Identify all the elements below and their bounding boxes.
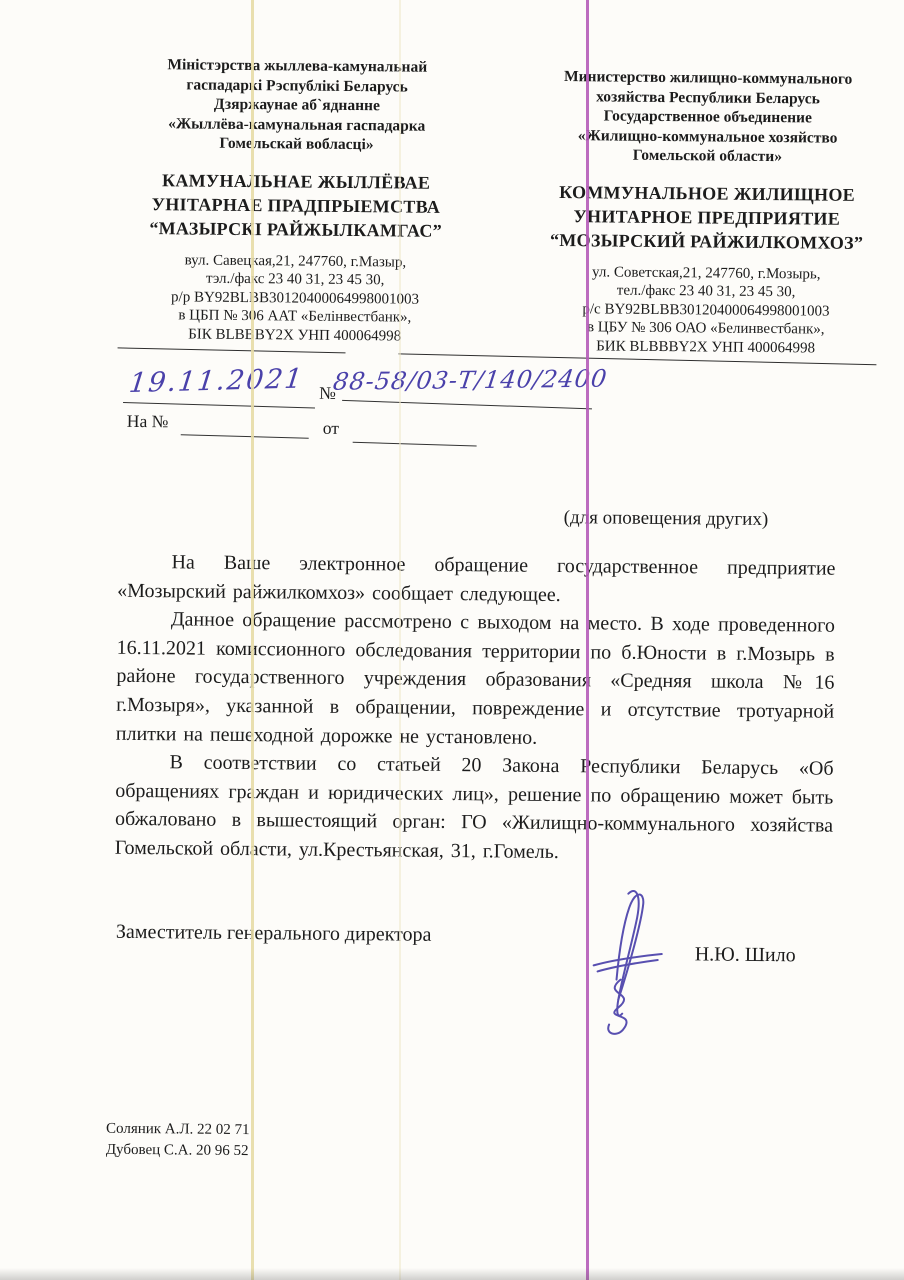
executor-contacts: Соляник А.Л. 22 02 71 Дубовец С.А. 20 96… [106,1119,250,1161]
contact-line: Дубовец С.А. 20 96 52 [106,1139,250,1161]
orgname-line: КОММУНАЛЬНОЕ ЖИЛИЩНОЕ [530,179,884,206]
body-paragraph: В соответствии со статьей 20 Закона Респ… [115,748,834,869]
ministry-line: Гомельскай вобласці» [119,133,473,156]
scan-fold-line-yellow [251,0,254,1280]
ministry-line: Министерство жилищно-коммунального [531,67,885,90]
annotation-for-others: (для оповещения других) [490,506,842,531]
from-underline [353,442,477,447]
address-line: БИК BLBBBY2X УНП 400064998 [529,336,883,358]
signer-name: Н.Ю. Шило [695,943,796,967]
letterhead-left-address: вул. Савецкая,21, 247760, г.Мазыр, тэл./… [118,250,473,346]
document-content: Міністэрства жыллева-камунальнай гаспада… [0,0,904,1280]
from-label: от [323,418,339,439]
orgname-line: “МАЗЫРСКІ РАЙЖЫЛКАМГАС” [119,215,473,242]
orgname-line: УНИТАРНОЕ ПРЕДПРИЯТИЕ [530,203,884,230]
address-line: р/с BY92BLBB30120400064998001003 [529,299,883,321]
letterhead-left-orgname: КАМУНАЛЬНАЕ ЖЫЛЛЁВАЕ УНІТАРНАЕ ПРАДПРЫЕМ… [119,167,474,242]
letterhead-left-ministry: Міністэрства жыллева-камунальнай гаспада… [119,55,474,156]
body-paragraph: Данное обращение рассмотрено с выходом н… [116,605,835,755]
handwritten-date: 19.11.2021 [127,363,305,399]
letterhead-right-orgname: КОММУНАЛЬНОЕ ЖИЛИЩНОЕ УНИТАРНОЕ ПРЕДПРИЯ… [530,179,885,254]
orgname-line: КАМУНАЛЬНАЕ ЖЫЛЛЁВАЕ [119,167,473,194]
letterhead-right-ministry: Министерство жилищно-коммунального хозяй… [530,67,885,168]
scan-fold-line-magenta [586,0,589,1280]
body-paragraph: На Ваше электронное обращение государств… [117,548,836,612]
address-line: БІК BLBBBY2X УНП 400064998 [118,324,472,346]
contact-line: Соляник А.Л. 22 02 71 [106,1119,250,1141]
scan-fold-line-yellow-faint [399,0,401,1280]
ministry-line: «Жыллёва-камунальная гаспадарка [120,113,474,136]
letter-body: На Ваше электронное обращение государств… [115,548,836,869]
letterhead-right: Министерство жилищно-коммунального хозяй… [529,67,886,358]
scanned-letter-page: Міністэрства жыллева-камунальнай гаспада… [0,0,904,1280]
letterhead-right-address: ул. Советская,21, 247760, г.Мозырь, тел.… [529,262,884,358]
letterhead-divider-left [118,347,346,353]
ministry-line: Гомельской области» [530,145,884,168]
signer-position-title: Заместитель генерального директора [116,921,432,947]
number-underline [342,400,592,410]
handwritten-signature [583,883,676,1036]
letterhead-left: Міністэрства жыллева-камунальнай гаспада… [118,55,475,346]
handwritten-outgoing-number: 88-58/03-Т/140/2400 [331,365,609,396]
reply-to-underline [181,434,309,438]
orgname-line: “МОЗЫРСКИЙ РАЙЖИЛКОМХОЗ” [530,227,884,254]
address-line: р/р BY92BLBB30120400064998001003 [118,287,472,309]
reply-to-label: На № [127,411,169,432]
date-underline [123,402,315,409]
ministry-line: «Жилищно-коммунальное хозяйство [531,125,885,148]
scan-bottom-edge-shadow [0,1268,904,1280]
ministry-line: Міністэрства жыллева-камунальнай [120,55,474,78]
orgname-line: УНІТАРНАЕ ПРАДПРЫЕМСТВА [119,191,473,218]
